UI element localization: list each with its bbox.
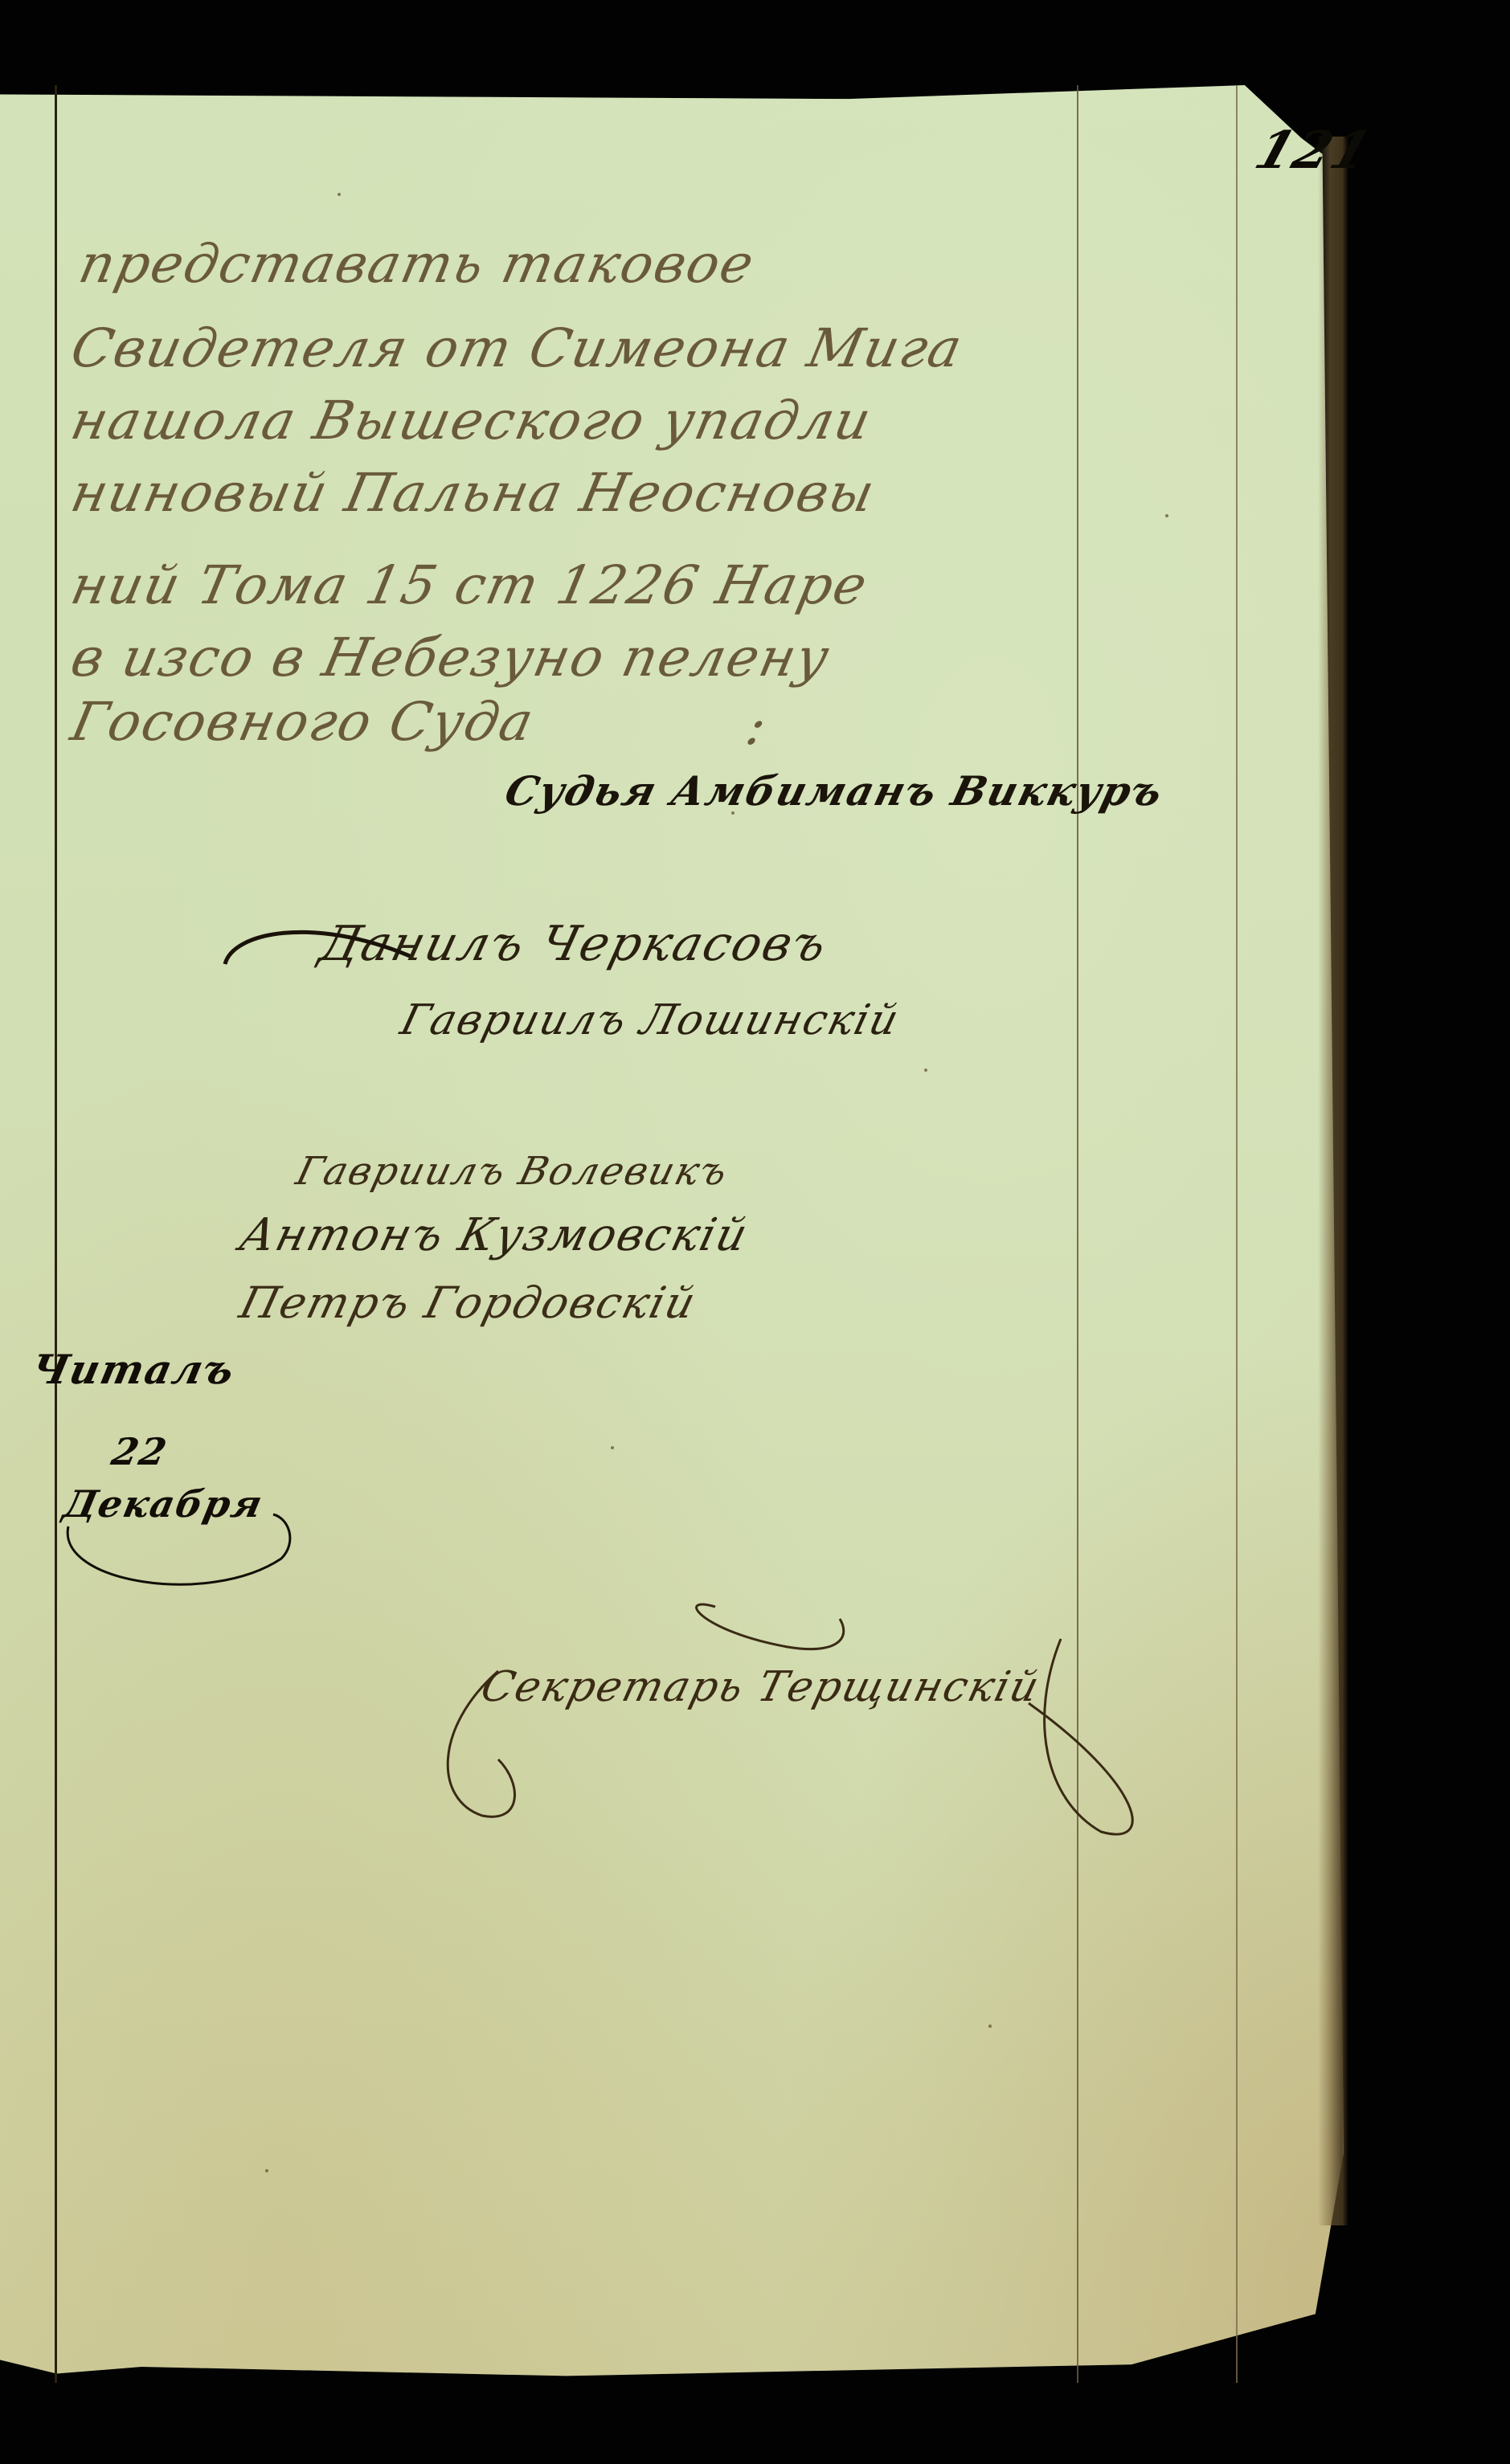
body-line-2: Свидетеля от Симеона Мига xyxy=(66,317,968,379)
signature-witness-1: Данилъ Черкасовъ xyxy=(314,916,833,972)
paper-speck xyxy=(1165,514,1168,517)
signature-assessor-2: Антонъ Кузмовскій xyxy=(235,1209,754,1261)
paper-speck xyxy=(731,811,735,815)
margin-note-day: 22 xyxy=(108,1430,171,1473)
body-line-7: Госовного Суда xyxy=(66,691,540,753)
body-line-3: нашола Вышеского упадли xyxy=(66,390,878,452)
paper-speck xyxy=(988,2025,992,2028)
paper-speck xyxy=(265,2169,268,2172)
margin-note-month: Декабря xyxy=(59,1482,268,1526)
left-margin-rule xyxy=(55,85,57,2383)
paper-speck xyxy=(924,1069,927,1072)
paper-speck xyxy=(611,1446,614,1449)
right-column-rule xyxy=(1236,85,1238,2383)
folio-number: 121 xyxy=(1248,121,1380,181)
paper-speck xyxy=(338,193,341,196)
body-line-5: ний Тома 15 ст 1226 Наре xyxy=(66,554,874,616)
signature-assessor-3: Петръ Гордовскій xyxy=(235,1277,702,1328)
body-line-1: представать таковое xyxy=(74,233,760,295)
body-line-6: в изсо в Небезуно пелену xyxy=(66,627,836,689)
signature-assessor-1: Гавриилъ Волевикъ xyxy=(292,1149,733,1194)
signature-secretary: Секретарь Терщинскій xyxy=(477,1663,1046,1711)
body-line-4: ниновый Пальна Неосновы xyxy=(66,462,882,524)
page-edge-shadow xyxy=(1318,137,1348,2225)
signature-witness-2: Гавриилъ Лошинскій xyxy=(396,996,905,1044)
middle-column-rule xyxy=(1077,85,1078,2383)
margin-note-read: Читалъ xyxy=(27,1346,240,1393)
signature-judge: Судья Амбиманъ Виккуръ xyxy=(501,767,1169,815)
